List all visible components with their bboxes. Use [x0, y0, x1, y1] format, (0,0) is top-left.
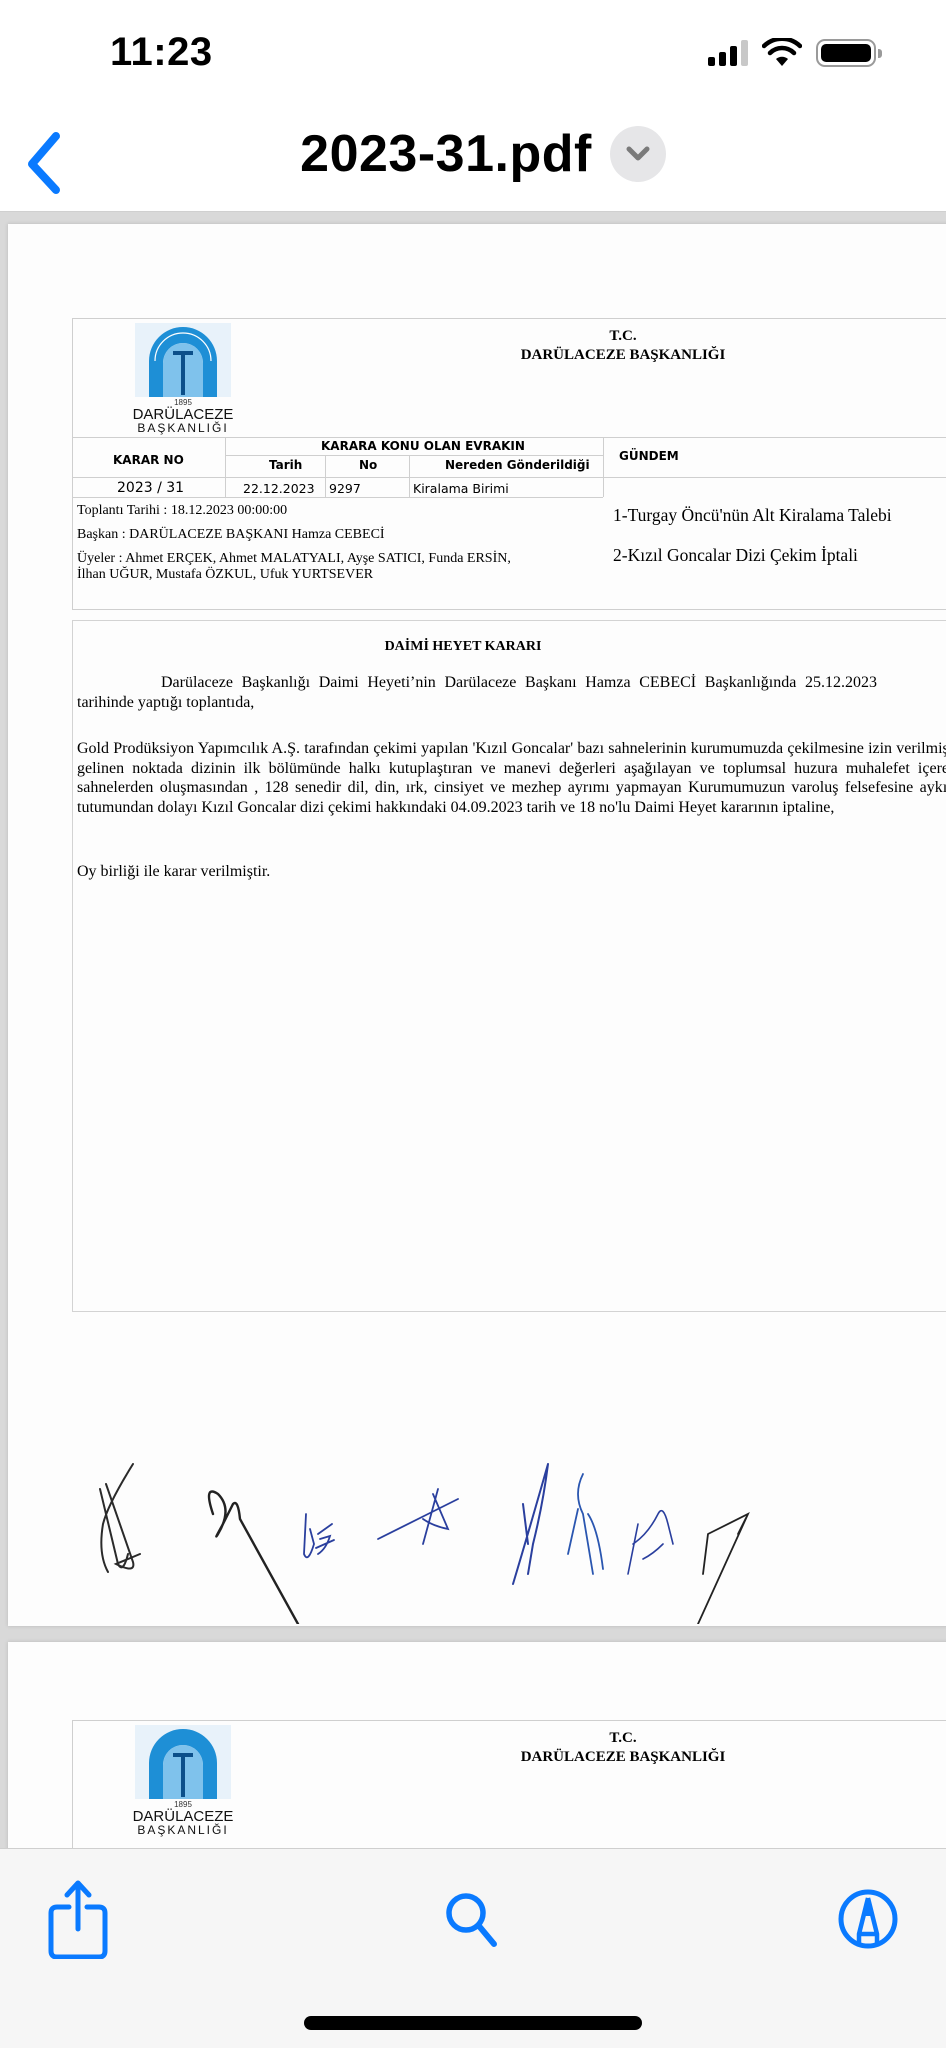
- status-bar: 11:23: [0, 0, 946, 110]
- tarih-value: 22.12.2023: [243, 481, 315, 496]
- nereden-header: Nereden Gönderildiği: [445, 458, 590, 472]
- signature-3: [304, 1514, 334, 1557]
- no-header: No: [359, 458, 377, 472]
- search-icon: [442, 1889, 502, 1949]
- bottom-toolbar: [0, 1848, 946, 2048]
- share-icon: [43, 1879, 113, 1959]
- logo-arch-icon: [135, 1725, 231, 1799]
- meeting-date: Toplantı Tarihi : 18.12.2023 00:00:00: [77, 502, 287, 519]
- markup-button[interactable]: [828, 1879, 908, 1959]
- karar-no-header: KARAR NO: [113, 453, 184, 467]
- no-value: 9297: [329, 481, 361, 496]
- signature-5: [513, 1464, 548, 1584]
- nereden-value: Kiralama Birimi: [413, 481, 509, 496]
- status-icons: [708, 38, 876, 68]
- document-title[interactable]: 2023-31.pdf: [300, 124, 592, 184]
- signature-2: [209, 1492, 298, 1625]
- darulaceze-logo: 1895 DARÜLACEZE BAŞKANLIĞI: [131, 323, 235, 435]
- tarih-header: Tarih: [269, 458, 302, 472]
- members-line-2: İlhan UĞUR, Mustafa ÖZKUL, Ufuk YURTSEVE…: [77, 566, 373, 583]
- decision-paragraph-3: Oy birliği ile karar verilmiştir.: [77, 862, 946, 882]
- signature-4: [378, 1489, 458, 1544]
- members-line-1: Üyeler : Ahmet ERÇEK, Ahmet MALATYALI, A…: [77, 550, 511, 567]
- decision-body: DAİMİ HEYET KARARI Darülaceze Başkanlığı…: [72, 620, 946, 1312]
- signature-7: [628, 1511, 673, 1574]
- pdf-page-2: 1895 DARÜLACEZE BAŞKANLIĞI T.C. DARÜLACE…: [8, 1642, 946, 1848]
- navigation-bar: 2023-31.pdf: [0, 110, 946, 212]
- agenda-item-2: 2-Kızıl Goncalar Dizi Çekim İptali: [613, 545, 858, 566]
- karar-no-value: 2023 / 31: [117, 480, 184, 496]
- home-indicator[interactable]: [304, 2016, 642, 2030]
- chairman: Başkan : DARÜLACEZE BAŞKANI Hamza CEBECİ: [77, 526, 385, 543]
- share-button[interactable]: [38, 1879, 118, 1959]
- darulaceze-logo-page-2: 1895 DARÜLACEZE BAŞKANLIĞI: [131, 1725, 235, 1837]
- institution-heading-page-2: T.C. DARÜLACEZE BAŞKANLIĞI: [463, 1729, 783, 1767]
- signature-6: [568, 1474, 603, 1574]
- cellular-signal-icon: [708, 40, 748, 66]
- wifi-icon: [762, 38, 802, 68]
- evrak-header: KARARA KONU OLAN EVRAKIN: [321, 439, 525, 453]
- pdf-page-1: 1895 DARÜLACEZE BAŞKANLIĞI T.C. DARÜLACE…: [8, 224, 946, 1626]
- decision-paragraph-2: Gold Prodüksiyon Yapımcılık A.Ş. tarafın…: [77, 739, 946, 817]
- markup-pen-icon: [835, 1886, 901, 1952]
- pdf-viewer[interactable]: 1895 DARÜLACEZE BAŞKANLIĞI T.C. DARÜLACE…: [0, 212, 946, 1848]
- document-header-page-2: 1895 DARÜLACEZE BAŞKANLIĞI T.C. DARÜLACE…: [72, 1720, 946, 1848]
- title-group: 2023-31.pdf: [0, 124, 946, 184]
- battery-icon: [816, 39, 876, 67]
- signatures: [8, 1444, 946, 1624]
- logo-arch-icon: [135, 323, 231, 397]
- signature-1: [100, 1464, 140, 1572]
- decision-paragraph-1: Darülaceze Başkanlığı Daimi Heyeti’nin D…: [77, 673, 877, 712]
- title-menu-button[interactable]: [610, 126, 666, 182]
- institution-heading: T.C. DARÜLACEZE BAŞKANLIĞI: [463, 327, 783, 365]
- signature-8: [698, 1514, 748, 1624]
- chevron-down-icon: [623, 144, 653, 164]
- agenda-item-1: 1-Turgay Öncü'nün Alt Kiralama Talebi: [613, 505, 892, 526]
- gundem-header: GÜNDEM: [619, 449, 679, 463]
- search-button[interactable]: [432, 1879, 512, 1959]
- status-time: 11:23: [110, 30, 213, 75]
- document-header: 1895 DARÜLACEZE BAŞKANLIĞI T.C. DARÜLACE…: [72, 318, 946, 610]
- decision-title: DAİMİ HEYET KARARI: [73, 639, 853, 655]
